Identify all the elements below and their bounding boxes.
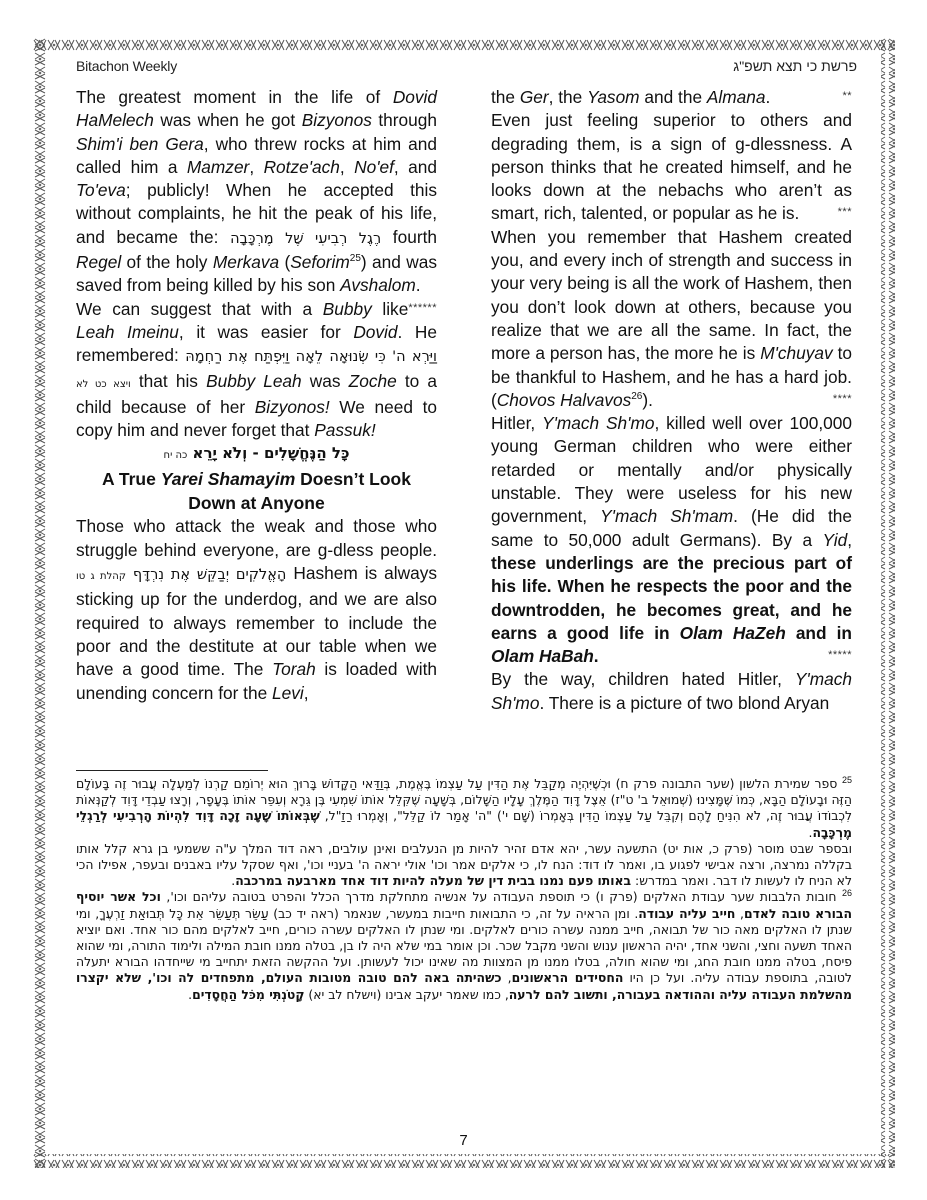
paragraph: the Ger, the Yasom and the Almana.** [491,86,852,109]
hebrew-source: קהלת ג טו [76,571,126,582]
footnotes: 25 ספר שמירת הלשון (שער התבונה פרק ח) וּ… [76,776,852,1003]
footnote-25: 25 ספר שמירת הלשון (שער התבונה פרק ח) וּ… [76,776,852,841]
footnote-separator [76,770,268,771]
page-header: Bitachon Weekly פרשת כי תצא תשפ"ג [76,58,857,78]
paragraph: Those who attack the weak and those who … [76,515,437,704]
section-stars: ***** [828,645,852,665]
footnote-ref-26[interactable]: 26 [631,391,642,402]
hebrew-quote: וַיַּרְא ה' כִּי שְׂנוּאָה לֵאָה וַיִּפְ… [185,349,437,365]
footnote-ref-25[interactable]: 25 [350,253,361,264]
hebrew-section-heading: כָּל הַנֶּחֱשָׁלִים - וְלֹא יָרֵא כה יח [76,442,437,467]
hebrew-quote: הָאֱלֹקִים יְבַקֵּשׁ אֶת נִרְדָּף [133,567,287,583]
paragraph: By the way, children hated Hitler, Y'mac… [491,668,852,715]
footnote-26: 26 חובות הלבבות שער עבודת האלקים (פרק ו)… [76,889,852,1002]
hebrew-quote: רֶגֶל רְבִיעִי שֶׁל מֶרְכָּבָה [230,231,381,247]
paragraph: Even just feeling superior to others and… [491,109,852,225]
paragraph: We can suggest that with a Bubby like Le… [76,298,437,443]
paragraph: The greatest moment in the life of Dovid… [76,86,437,298]
section-stars: ****** [408,298,437,318]
right-column: the Ger, the Yasom and the Almana.** Eve… [491,86,852,715]
page-number: 7 [0,1132,927,1149]
parsha-title: פרשת כי תצא תשפ"ג [733,58,857,74]
paragraph: Hitler, Y'mach Sh'mo, killed well over 1… [491,412,852,668]
hebrew-source: ויצא כט לא [76,379,131,390]
left-column: The greatest moment in the life of Dovid… [76,86,437,705]
section-heading: A True Yarei Shamayim Doesn’t Look Down … [76,467,437,515]
section-stars: **** [833,389,852,409]
paragraph: When you remember that Hashem created yo… [491,226,852,412]
footnote-25-continued: ובספר שבט מוסר (פרק כ, אות יט) התשעה עשר… [76,841,852,890]
section-stars: ** [842,86,852,106]
publication-title: Bitachon Weekly [76,58,177,74]
section-stars: *** [838,202,852,222]
